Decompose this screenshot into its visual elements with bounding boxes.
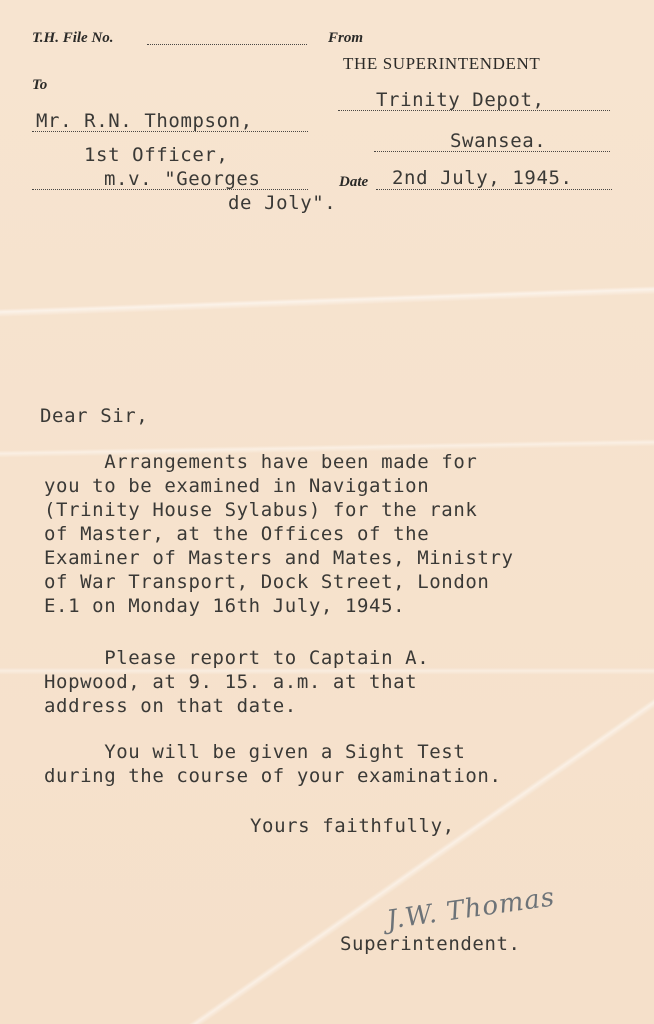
paragraph-examination-arrangements: Arrangements have been made for you to b… [44, 450, 514, 618]
recipient-vessel-line2: de Joly". [228, 191, 336, 215]
sender-dotted-line-2 [374, 151, 610, 152]
paragraph-line: address on that date. [44, 694, 429, 718]
date-label: Date [339, 174, 368, 191]
signatory-title: Superintendent. [340, 932, 521, 956]
salutation: Dear Sir, [40, 404, 148, 428]
sender-title: THE SUPERINTENDENT [343, 54, 540, 74]
recipient-position: 1st Officer, [84, 143, 228, 167]
paragraph-line: during the course of your examination. [44, 764, 501, 788]
sender-dotted-line-1 [338, 110, 610, 111]
paragraph-line: Please report to Captain A. [44, 646, 429, 670]
sender-address-line2: Swansea. [450, 129, 546, 153]
paragraph-report-instructions: Please report to Captain A. Hopwood, at … [44, 646, 429, 718]
closing: Yours faithfully, [250, 814, 455, 838]
from-label: From [328, 30, 363, 47]
recipient-vessel-line1: m.v. "Georges [104, 167, 261, 191]
recipient-dotted-line-2 [32, 189, 308, 190]
to-label: To [32, 77, 47, 94]
recipient-name: Mr. R.N. Thompson, [36, 109, 253, 133]
paragraph-line: you to be examined in Navigation [44, 474, 514, 498]
paragraph-line: Hopwood, at 9. 15. a.m. at that [44, 670, 429, 694]
paragraph-line: of War Transport, Dock Street, London [44, 570, 514, 594]
paragraph-line: E.1 on Monday 16th July, 1945. [44, 594, 514, 618]
date-dotted-line [376, 189, 612, 190]
paragraph-line: Arrangements have been made for [44, 450, 514, 474]
letter-date: 2nd July, 1945. [392, 166, 573, 190]
paragraph-line: You will be given a Sight Test [44, 740, 501, 764]
file-no-dotted-line [147, 44, 307, 45]
file-no-label: T.H. File No. [32, 30, 114, 47]
paragraph-line: Examiner of Masters and Mates, Ministry [44, 546, 514, 570]
paragraph-sight-test: You will be given a Sight Test during th… [44, 740, 501, 788]
paragraph-line: of Master, at the Offices of the [44, 522, 514, 546]
paragraph-line: (Trinity House Sylabus) for the rank [44, 498, 514, 522]
sender-address-line1: Trinity Depot, [376, 88, 545, 112]
recipient-dotted-line-1 [32, 131, 308, 132]
